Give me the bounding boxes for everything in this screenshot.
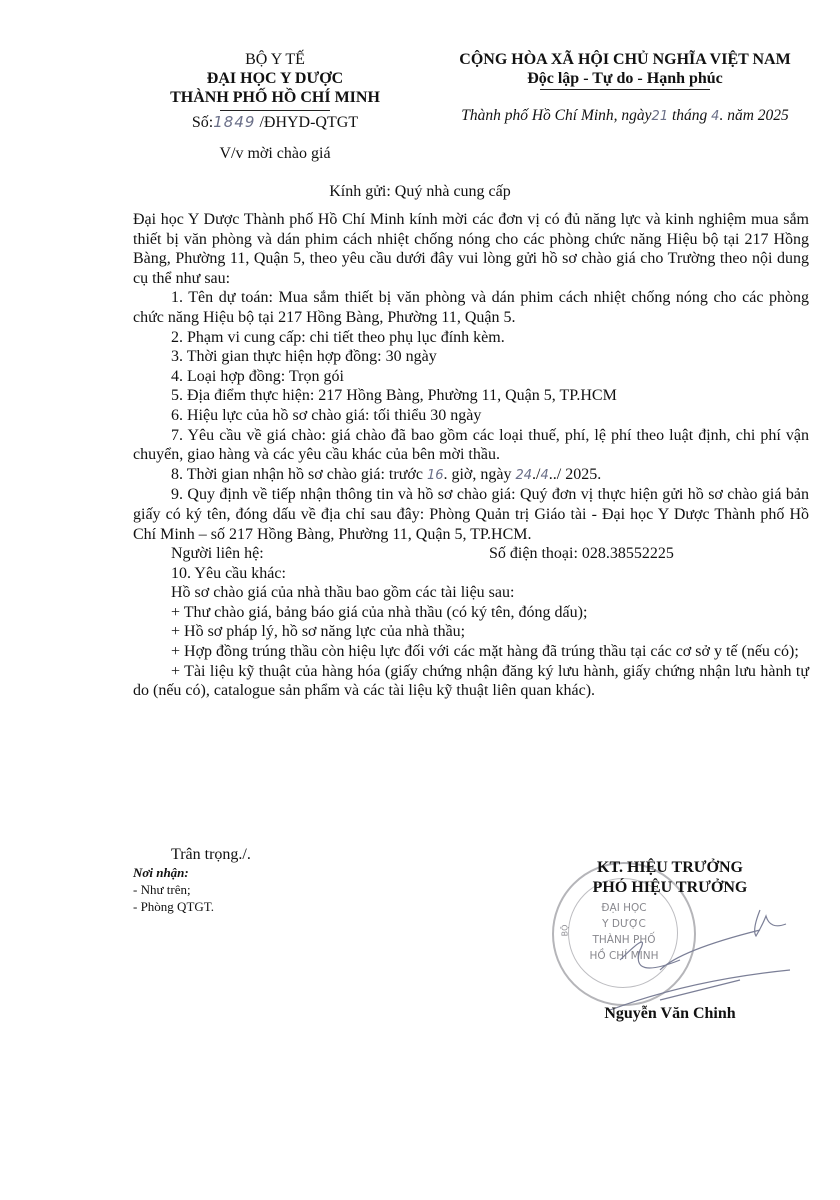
required-doc: + Hồ sơ pháp lý, hồ sơ năng lực của nhà … [133,622,809,642]
signer-position: PHÓ HIỆU TRƯỞNG [545,878,795,898]
item-9: 9. Quy định về tiếp nhận thông tin và hồ… [133,485,809,544]
issue-date: Thành phố Hồ Chí Minh, ngày21 tháng 4. n… [440,106,810,126]
intro-paragraph: Đại học Y Dược Thành phố Hồ Chí Minh kín… [133,210,809,288]
date-prefix: Thành phố Hồ Chí Minh, ngày [461,107,651,124]
item-4: 4. Loại hợp đồng: Trọn gói [133,367,809,387]
motto-divider [540,89,710,90]
salutation: Kính gửi: Quý nhà cung cấp [0,183,840,201]
item-3: 3. Thời gian thực hiện hợp đồng: 30 ngày [133,347,809,367]
national-header: CỘNG HÒA XÃ HỘI CHỦ NGHĨA VIỆT NAM Độc l… [440,50,810,126]
item8-mid: . giờ, ngày [443,466,511,483]
ministry-name: BỘ Y TẾ [150,50,400,69]
number-suffix: /ĐHYD-QTGT [259,114,358,131]
subject-line: V/v mời chào giá [150,144,400,163]
item-8: 8. Thời gian nhận hồ sơ chào giá: trước … [133,465,809,486]
signature-block: KT. HIỆU TRƯỞNG PHÓ HIỆU TRƯỞNG Nguyễn V… [545,858,795,1024]
signer-authority: KT. HIỆU TRƯỞNG [545,858,795,878]
issuer-header: BỘ Y TẾ ĐẠI HỌC Y DƯỢC THÀNH PHỐ HỒ CHÍ … [150,50,400,163]
national-motto: Độc lập - Tự do - Hạnh phúc [440,69,810,88]
recipients-title: Nơi nhận: [133,864,214,881]
header-divider [220,110,330,111]
contact-phone: Số điện thoại: 028.38552225 [489,544,674,564]
recipients-block: Nơi nhận: - Như trên; - Phòng QTGT. [133,864,214,915]
recipient-item: - Phòng QTGT. [133,898,214,915]
required-doc: + Hợp đồng trúng thầu còn hiệu lực đối v… [133,642,809,662]
contact-person-label: Người liên hệ: [171,544,489,564]
closing-remark: Trân trọng./. [171,846,251,864]
handwritten-day: 21 [652,109,669,124]
item8-year: / 2025. [557,466,601,483]
country-name: CỘNG HÒA XÃ HỘI CHỦ NGHĨA VIỆT NAM [440,50,810,69]
org-name-line2: THÀNH PHỐ HỒ CHÍ MINH [150,88,400,107]
item-5: 5. Địa điểm thực hiện: 217 Hồng Bàng, Ph… [133,386,809,406]
contact-line: Người liên hệ: Số điện thoại: 028.385522… [133,544,809,564]
handwritten-deadline-day: 24 [516,468,533,483]
item-1: 1. Tên dự toán: Mua sắm thiết bị văn phò… [133,288,809,327]
handwritten-number: 1849 [213,113,255,131]
item-2: 2. Phạm vi cung cấp: chi tiết theo phụ l… [133,328,809,348]
org-name-line1: ĐẠI HỌC Y DƯỢC [150,69,400,88]
signer-name: Nguyễn Văn Chinh [545,1004,795,1024]
handwritten-hour: 16 [427,468,444,483]
date-year: năm 2025 [727,107,789,124]
number-label: Số: [192,114,213,131]
item-6: 6. Hiệu lực của hồ sơ chào giá: tối thiể… [133,406,809,426]
recipient-item: - Như trên; [133,881,214,898]
item-7: 7. Yêu cầu về giá chào: giá chào đã bao … [133,426,809,465]
required-doc: + Tài liệu kỹ thuật của hàng hóa (giấy c… [133,662,809,701]
item-10-title: 10. Yêu cầu khác: [133,564,809,584]
document-number: Số:1849 /ĐHYD-QTGT [150,113,400,132]
required-doc: + Thư chào giá, bảng báo giá của nhà thầ… [133,603,809,623]
item-10-lead: Hồ sơ chào giá của nhà thầu bao gồm các … [133,583,809,603]
date-month-label: tháng [672,107,707,124]
handwritten-deadline-month: 4 [541,468,549,483]
letter-body: Đại học Y Dược Thành phố Hồ Chí Minh kín… [133,210,809,701]
handwritten-month: 4 [711,109,719,124]
item8-prefix: 8. Thời gian nhận hồ sơ chào giá: trước [171,466,423,483]
